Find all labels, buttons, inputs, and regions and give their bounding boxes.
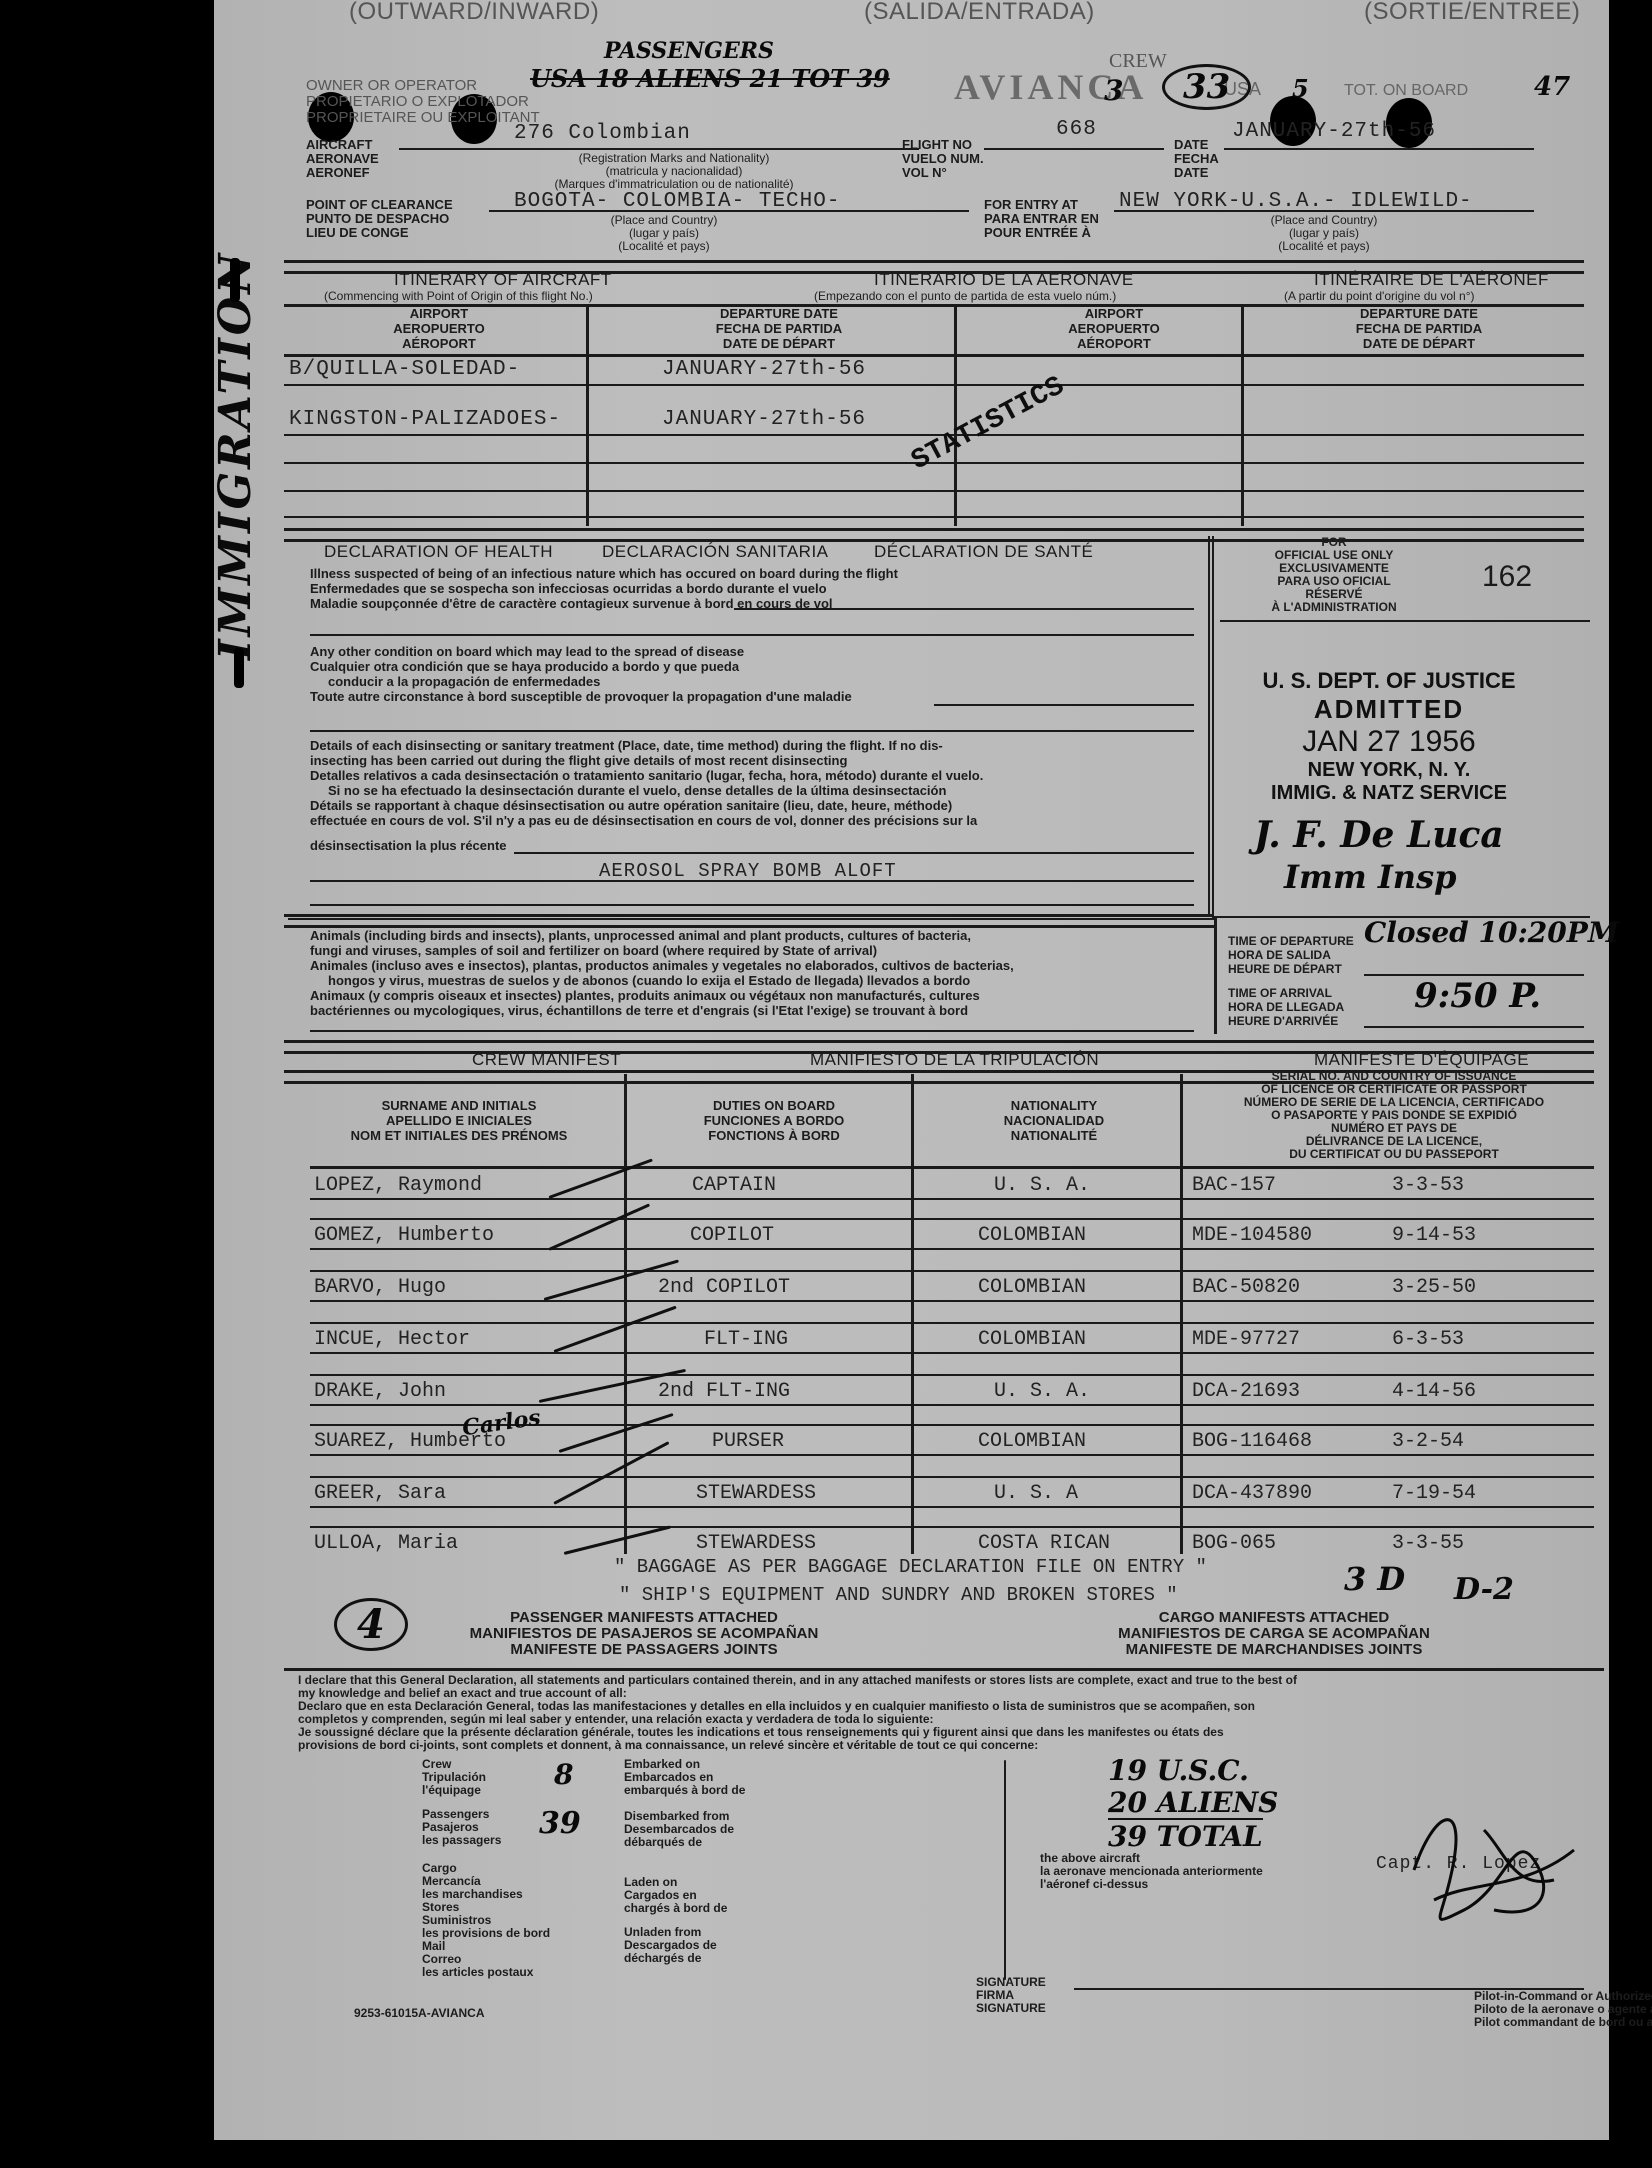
crew-manifest-title: CREW MANIFEST: [472, 1050, 621, 1070]
row-line: [310, 1352, 1594, 1354]
itinerary-title: ITINERARY OF AIRCRAFT: [394, 270, 612, 290]
crew-row-name: DRAKE, John: [314, 1380, 446, 1403]
column-divider: [1214, 916, 1217, 1034]
crew-row-name: INCUE, Hector: [314, 1328, 470, 1351]
illness-question: Illness suspected of being of an infecti…: [310, 566, 898, 611]
check-stroke: [548, 1203, 650, 1250]
row-line: [310, 1248, 1594, 1250]
unladen-label: Unladen from Descargados de déchargés de: [624, 1926, 717, 1965]
crew-row-name: SUAREZ, Humberto: [314, 1430, 506, 1453]
total-on-board-value: 47: [1534, 72, 1570, 102]
signature-label: SIGNATURE FIRMA SIGNATURE: [976, 1976, 1046, 2015]
answer-line: [514, 852, 1194, 854]
disembarked-label: Disembarked from Desembarcados de débarq…: [624, 1810, 734, 1849]
crew-row-date: 6-3-53: [1392, 1328, 1464, 1351]
row-line: [310, 1454, 1594, 1456]
crew-row-name: BARVO, Hugo: [314, 1276, 446, 1299]
itinerary-subtitle-es: (Empezando con el punto de partida de es…: [814, 290, 1116, 303]
answer-line: [310, 1030, 1194, 1032]
crew-row-date: 3-3-55: [1392, 1532, 1464, 1555]
handwritten-note: 3 D: [1344, 1560, 1405, 1598]
crew-row-date: 4-14-56: [1392, 1380, 1476, 1403]
row-line: [310, 1526, 1594, 1528]
itinerary-row-date: JANUARY-27th-56: [662, 408, 866, 431]
answer-line: [310, 634, 1194, 636]
crew-row-name: LOPEZ, Raymond: [314, 1174, 482, 1197]
cargo-stores-mail-label: Cargo Mercancía les marchandises Stores …: [422, 1862, 550, 1979]
official-number: 162: [1482, 560, 1532, 594]
inspector-signature: J. F. De Luca: [1254, 814, 1504, 856]
crew-row-nationality: U. S. A: [994, 1482, 1078, 1505]
crew-row-duty: STEWARDESS: [696, 1532, 816, 1555]
disinsecting-question: Details of each disinsecting or sanitary…: [310, 738, 983, 853]
admitted-stamp: U. S. DEPT. OF JUSTICE ADMITTED JAN 27 1…: [1224, 668, 1554, 805]
aircraft-sublabels: (Registration Marks and Nationality) (ma…: [484, 152, 864, 191]
aircraft-label: AIRCRAFT AERONAVE AERONEF: [306, 138, 379, 180]
row-line: [310, 1476, 1594, 1478]
row-line: [310, 1198, 1594, 1200]
flight-number: 668: [1056, 118, 1097, 141]
flight-label: FLIGHT NO VUELO NUM. VOL N°: [902, 138, 984, 180]
handwritten-note: D-2: [1454, 1572, 1514, 1607]
baggage-note: " BAGGAGE AS PER BAGGAGE DECLARATION FIL…: [614, 1556, 1207, 1578]
crew-row-nationality: COSTA RICAN: [978, 1532, 1110, 1555]
embarked-label: Embarked on Embarcados en embarqués à bo…: [624, 1758, 745, 1797]
laden-label: Laden on Cargados en chargés à bord de: [624, 1876, 727, 1915]
crew-row-license: BAC-157: [1192, 1174, 1276, 1197]
crew-row-duty: FLT-ING: [704, 1328, 788, 1351]
flight-date: JANUARY-27th-56: [1232, 120, 1436, 143]
crew-col-license: SERIAL NO. AND COUNTRY OF ISSUANCEOF LIC…: [1194, 1070, 1594, 1161]
row-line: [310, 1404, 1594, 1406]
departure-time-value: Closed 10:20PM: [1364, 916, 1619, 949]
form-number: 9253-61015A-AVIANCA: [354, 2006, 485, 2021]
crew-col-nationality: NATIONALITYNACIONALIDADNATIONALITÉ: [924, 1098, 1184, 1143]
crew-circled-count: 33: [1162, 64, 1251, 110]
row-line: [284, 516, 1584, 518]
crew-col-name: SURNAME AND INITIALSAPELLIDO E INICIALES…: [294, 1098, 624, 1143]
pilot-in-command-label: Pilot-in-Command or Authorized Agent Pil…: [1474, 1990, 1652, 2029]
crew-row-duty: 2nd COPILOT: [658, 1276, 790, 1299]
crew-row-date: 3-3-53: [1392, 1174, 1464, 1197]
crew-manifest-title-es: MANIFIESTO DE LA TRIPULACIÓN: [810, 1050, 1099, 1070]
captain-signature: [1394, 1790, 1594, 1940]
margin-bar: [230, 258, 240, 302]
crew-row-nationality: COLOMBIAN: [978, 1430, 1086, 1453]
column-divider: [624, 1074, 627, 1554]
crew-row-name: GOMEZ, Humberto: [314, 1224, 494, 1247]
row-line: [310, 1218, 1594, 1220]
passenger-manifests-label: PASSENGER MANIFESTS ATTACHED MANIFIESTOS…: [424, 1610, 864, 1658]
margin-bar: [234, 648, 244, 688]
official-use-label: FOR OFFICIAL USE ONLY EXCLUSIVAMENTE PAR…: [1254, 536, 1414, 614]
crew-row-duty: PURSER: [712, 1430, 784, 1453]
crew-row-date: 7-19-54: [1392, 1482, 1476, 1505]
disinsecting-value: AEROSOL SPRAY BOMB ALOFT: [599, 860, 897, 882]
itinerary-title-fr: ITINÉRAIRE DE L'AÉRONEF: [1314, 270, 1549, 290]
crew-count-value: 8: [554, 1758, 573, 1791]
crew-row-date: 3-25-50: [1392, 1276, 1476, 1299]
crew-other-count: 5: [1292, 74, 1309, 103]
date-label: DATE FECHA DATE: [1174, 138, 1219, 180]
crew-row-license: MDE-104580: [1192, 1224, 1312, 1247]
crew-row-duty: STEWARDESS: [696, 1482, 816, 1505]
passenger-manifest-count: 4: [334, 1598, 408, 1651]
crew-row-license: BOG-065: [1192, 1532, 1276, 1555]
crew-row-license: DCA-21693: [1192, 1380, 1300, 1403]
crew-row-nationality: COLOMBIAN: [978, 1328, 1086, 1351]
crew-row-duty: CAPTAIN: [692, 1174, 776, 1197]
row-line: [310, 1300, 1594, 1302]
health-title-fr: DÉCLARATION DE SANTÉ: [874, 542, 1093, 562]
column-divider: [911, 1074, 914, 1554]
cargo-manifests-label: CARGO MANIFESTS ATTACHED MANIFIESTOS DE …: [1084, 1610, 1464, 1658]
health-title-es: DECLARACIÓN SANITARIA: [602, 542, 829, 562]
crew-row-date: 3-2-54: [1392, 1430, 1464, 1453]
crew-row-nationality: U. S. A.: [994, 1174, 1090, 1197]
crew-label: CREW: [1109, 50, 1167, 73]
row-line: [310, 1374, 1594, 1376]
underline: [399, 148, 919, 150]
itinerary-subtitle: (Commencing with Point of Origin of this…: [324, 290, 593, 303]
departure-time-label: TIME OF DEPARTURE HORA DE SALIDA HEURE D…: [1228, 934, 1354, 976]
itinerary-col-date-2: DEPARTURE DATEFECHA DE PARTIDADATE DE DÉ…: [1264, 306, 1574, 351]
crew-row-license: BOG-116468: [1192, 1430, 1312, 1453]
crew-row-duty: COPILOT: [690, 1224, 774, 1247]
underline: [489, 210, 969, 212]
crew-row-name: ULLOA, Maria: [314, 1532, 458, 1555]
answer-line: [310, 880, 1194, 882]
above-aircraft-label: the above aircraft la aeronave mencionad…: [1040, 1852, 1263, 1891]
crew-row-name: GREER, Sara: [314, 1482, 446, 1505]
signature-scribble-icon: [1394, 1790, 1594, 1940]
crew-row-duty: 2nd FLT-ING: [658, 1380, 790, 1403]
divider: [284, 914, 1214, 928]
divider: [284, 1668, 1604, 1671]
itinerary-col-airport-2: AIRPORTAEROPUERTOAÉROPORT: [974, 306, 1254, 351]
divider: [1220, 620, 1590, 622]
crew-manifest-title-fr: MANIFESTE D'ÉQUIPAGE: [1314, 1050, 1529, 1070]
check-stroke: [553, 1306, 676, 1353]
crew-usa-count: 3: [1104, 74, 1123, 107]
divider: [284, 354, 1584, 357]
column-divider: [954, 304, 957, 526]
itinerary-col-airport-1: AIRPORTAEROPUERTOAÉROPORT: [294, 306, 584, 351]
itinerary-title-es: ITINERARIO DE LA AERONAVE: [874, 270, 1134, 290]
clearance-sublabels: (Place and Country) (lugar y país) (Loca…: [564, 214, 764, 253]
arrival-time-label: TIME OF ARRIVAL HORA DE LLEGADA HEURE D'…: [1228, 986, 1344, 1028]
answer-line: [934, 704, 1194, 706]
row-line: [310, 1166, 1594, 1169]
entry-label: FOR ENTRY AT PARA ENTRAR EN POUR ENTRÉE …: [984, 198, 1099, 240]
crew-row-nationality: COLOMBIAN: [978, 1224, 1086, 1247]
aircraft-registration: 276 Colombian: [514, 122, 691, 145]
crew-col-duties: DUTIES ON BOARDFUNCIONES A BORDOFONCTION…: [634, 1098, 914, 1143]
crew-row-date: 9-14-53: [1392, 1224, 1476, 1247]
underline: [1114, 210, 1534, 212]
immigration-margin-stamp: IMMIGRATION: [210, 251, 261, 660]
underline: [1224, 148, 1534, 150]
crew-row-nationality: COLOMBIAN: [978, 1276, 1086, 1299]
answer-line: [310, 730, 1194, 732]
health-title: DECLARATION OF HEALTH: [324, 542, 553, 562]
itinerary-subtitle-fr: (A partir du point d'origine du vol n°): [1284, 290, 1475, 303]
crew-row-license: MDE-97727: [1192, 1328, 1300, 1351]
row-line: [310, 1270, 1594, 1272]
check-stroke: [548, 1158, 652, 1198]
handwritten-total-aliens: 20 ALIENS: [1108, 1786, 1278, 1819]
other-condition-question: Any other condition on board which may l…: [310, 644, 852, 704]
underline: [984, 148, 1164, 150]
general-declaration-page: (OUTWARD/INWARD) (SALIDA/ENTRADA) (SORTI…: [214, 0, 1609, 2140]
direction-label: (OUTWARD/INWARD): [349, 0, 599, 26]
total-on-board-label: TOT. ON BOARD: [1344, 84, 1468, 98]
handwritten-total-usc: 19 U.S.C.: [1108, 1754, 1249, 1787]
column-divider: [1241, 304, 1244, 526]
row-line: [284, 384, 1584, 386]
crew-row-license: DCA-437890: [1192, 1482, 1312, 1505]
handwritten-passenger-tally: USA 18 ALIENS 21 TOT 39: [530, 64, 890, 93]
bracket: [1004, 1760, 1006, 1980]
column-divider: [586, 304, 589, 526]
itinerary-row-airport: KINGSTON-PALIZADOES-: [289, 408, 561, 431]
declaration-text: I declare that this General Declaration,…: [298, 1674, 1297, 1752]
itinerary-row-date: JANUARY-27th-56: [662, 358, 866, 381]
answer-line: [310, 904, 1194, 906]
row-line: [310, 1506, 1594, 1508]
ships-equipment-note: " SHIP'S EQUIPMENT AND SUNDRY AND BROKEN…: [619, 1584, 1178, 1606]
handwritten-total: 39 TOTAL: [1108, 1818, 1263, 1853]
itinerary-col-date-1: DEPARTURE DATEFECHA DE PARTIDADATE DE DÉ…: [594, 306, 964, 351]
animals-question: Animals (including birds and insects), p…: [310, 928, 1014, 1018]
itinerary-row-airport: B/QUILLA-SOLEDAD-: [289, 358, 520, 381]
inspector-title: Imm Insp: [1284, 858, 1456, 896]
entry-sublabels: (Place and Country) (lugar y país) (Loca…: [1224, 214, 1424, 253]
row-line: [310, 1322, 1594, 1324]
check-stroke: [553, 1441, 669, 1505]
crew-count-label: Crew Tripulación l'équipage: [422, 1758, 486, 1797]
handwritten-passengers: PASSENGERS: [604, 38, 774, 64]
check-stroke: [564, 1525, 671, 1555]
arrival-time-value: 9:50 P.: [1414, 976, 1541, 1016]
answer-line: [1364, 1026, 1584, 1028]
crew-row-nationality: U. S. A.: [994, 1380, 1090, 1403]
answer-line: [734, 608, 1194, 610]
passengers-count-value: 39: [539, 1806, 581, 1841]
column-divider: [1180, 1074, 1183, 1554]
row-line: [284, 490, 1584, 492]
direction-label-es: (SALIDA/ENTRADA): [864, 0, 1095, 26]
crew-row-license: BAC-50820: [1192, 1276, 1300, 1299]
passengers-count-label: Passengers Pasajeros les passagers: [422, 1808, 501, 1847]
owner-label: OWNER OR OPERATOR PROPIETARIO O EXPLOTAD…: [306, 78, 540, 126]
clearance-label: POINT OF CLEARANCE PUNTO DE DESPACHO LIE…: [306, 198, 453, 240]
direction-label-fr: (SORTIE/ENTREE): [1364, 0, 1580, 26]
